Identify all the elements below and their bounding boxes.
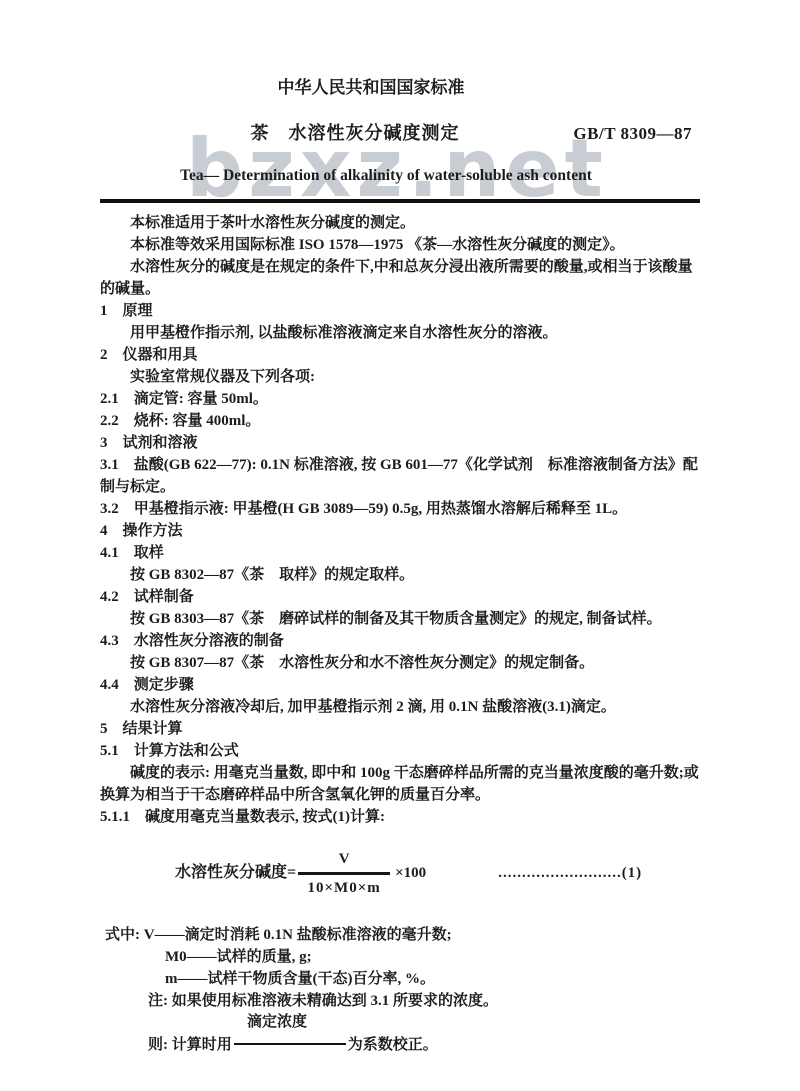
item-4-4-text: 水溶性灰分溶液冷却后, 加甲基橙指示剂 2 滴, 用 0.1N 盐酸溶液(3.1… xyxy=(100,696,700,718)
fraction-bar xyxy=(298,872,390,875)
correction-fraction-bar xyxy=(234,1043,346,1046)
section-2-intro: 实验室常规仪器及下列各项: xyxy=(100,366,700,388)
item-2-1: 2.1 滴定管: 容量 50ml。 xyxy=(100,388,700,410)
english-title: Tea— Determination of alkalinity of wate… xyxy=(100,166,700,186)
document-content: 中华人民共和国国家标准 茶 水溶性灰分碱度测定 GB/T 8309—87 Tea… xyxy=(100,0,700,1056)
paragraph-iso-ref: 本标准等效采用国际标准 ISO 1578—1975 《茶—水溶性灰分碱度的测定》… xyxy=(100,234,700,256)
national-standard-heading: 中华人民共和国国家标准 xyxy=(100,78,700,98)
formula-label: 水溶性灰分碱度= xyxy=(175,862,296,884)
formula-multiplier: ×100 xyxy=(395,862,426,884)
legend-note: 注: 如果使用标准溶液未精确达到 3.1 所要求的浓度。 xyxy=(148,990,700,1012)
formula-equation-ref: ..........................(1) xyxy=(498,862,642,884)
document-title: 茶 水溶性灰分碱度测定 xyxy=(251,122,550,144)
legend-v: 式中: V——滴定时消耗 0.1N 盐酸标准溶液的毫升数; xyxy=(105,924,700,946)
item-4-3: 4.3 水溶性灰分溶液的制备 xyxy=(100,630,700,652)
header-divider xyxy=(100,199,700,203)
item-3-1: 3.1 盐酸(GB 622—77): 0.1N 标准溶液, 按 GB 601—7… xyxy=(100,454,700,498)
formula-denominator: 10×M0×m xyxy=(308,878,381,898)
legend-m: m——试样干物质含量(干态)百分率, %。 xyxy=(165,968,700,990)
item-4-4: 4.4 测定步骤 xyxy=(100,674,700,696)
standard-number: GB/T 8309—87 xyxy=(573,123,692,145)
correction-numerator: 滴定浓度 xyxy=(247,1012,700,1034)
item-4-1-text: 按 GB 8302—87《茶 取样》的规定取样。 xyxy=(100,564,700,586)
section-5-title: 5 结果计算 xyxy=(100,718,700,740)
title-row: 茶 水溶性灰分碱度测定 GB/T 8309—87 xyxy=(100,122,700,144)
item-4-1: 4.1 取样 xyxy=(100,542,700,564)
document-body: 本标准适用于茶叶水溶性灰分碱度的测定。 本标准等效采用国际标准 ISO 1578… xyxy=(100,212,700,1056)
formula-numerator: V xyxy=(339,849,350,869)
item-5-1-1: 5.1.1 碱度用毫克当量数表示, 按式(1)计算: xyxy=(100,806,700,828)
document-page: bzxz.net 中华人民共和国国家标准 茶 水溶性灰分碱度测定 GB/T 83… xyxy=(0,0,800,1091)
correction-line: 则: 计算时用为系数校正。 xyxy=(148,1034,700,1056)
paragraph-definition: 水溶性灰分的碱度是在规定的条件下,中和总灰分浸出液所需要的酸量,或相当于该酸量的… xyxy=(100,256,700,300)
item-4-3-text: 按 GB 8307—87《茶 水溶性灰分和水不溶性灰分测定》的规定制备。 xyxy=(100,652,700,674)
legend-m0: M0——试样的质量, g; xyxy=(165,946,700,968)
section-1-title: 1 原理 xyxy=(100,300,700,322)
section-2-title: 2 仪器和用具 xyxy=(100,344,700,366)
section-4-title: 4 操作方法 xyxy=(100,520,700,542)
item-3-2: 3.2 甲基橙指示液: 甲基橙(H GB 3089—59) 0.5g, 用热蒸馏… xyxy=(100,498,700,520)
formula-legend: 式中: V——滴定时消耗 0.1N 盐酸标准溶液的毫升数; M0——试样的质量,… xyxy=(100,924,700,1056)
formula-1: 水溶性灰分碱度= V 10×M0×m ×100 ................… xyxy=(175,842,700,904)
paragraph-scope: 本标准适用于茶叶水溶性灰分碱度的测定。 xyxy=(100,212,700,234)
item-4-2-text: 按 GB 8303—87《茶 磨碎试样的制备及其干物质含量测定》的规定, 制备试… xyxy=(100,608,700,630)
item-5-1: 5.1 计算方法和公式 xyxy=(100,740,700,762)
section-1-text: 用甲基橙作指示剂, 以盐酸标准溶液滴定来自水溶性灰分的溶液。 xyxy=(100,322,700,344)
item-4-2: 4.2 试样制备 xyxy=(100,586,700,608)
formula-fraction: V 10×M0×m xyxy=(298,849,390,898)
correction-suffix: 为系数校正。 xyxy=(348,1037,438,1053)
correction-prefix: 则: 计算时用 xyxy=(148,1037,232,1053)
section-3-title: 3 试剂和溶液 xyxy=(100,432,700,454)
item-2-2: 2.2 烧杯: 容量 400ml。 xyxy=(100,410,700,432)
item-5-1-text: 碱度的表示: 用毫克当量数, 即中和 100g 干态磨碎样品所需的克当量浓度酸的… xyxy=(100,762,700,806)
